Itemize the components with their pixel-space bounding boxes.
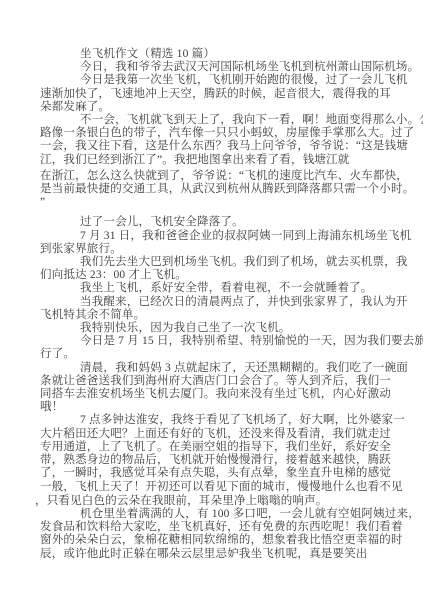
text-line: 机仓里坐着满满的人，有 100 多口吧，一会儿就有空姐阿姨过来， — [40, 508, 406, 521]
text-line: 一般，飞机上天了！开初还可以看见下面的城市，慢慢地什么也看不见 — [40, 481, 406, 494]
text-line: 带，熟悉身边的物品后，飞机就开始慢慢滑行，接着越来越快，腾跃 — [40, 454, 406, 467]
essay-title: 坐飞机作文（精选 10 篇） — [40, 48, 406, 61]
text-line: 朵都发麻了。 — [40, 101, 406, 114]
text-line: 发食品和饮料给大家吃，坐飞机真好，还有免费的东西吃呢！我们看着 — [40, 521, 406, 534]
text-line: 当我醒来，已经次日的清晨两点了，并快到张家界了，我认为开 — [40, 296, 406, 309]
text-line: 一会，我又往下看，这是什么东西？我马上问爷爷，爷爷说：“这是钱塘 — [40, 140, 406, 153]
text-line: 江，我们已经到浙江了”。我把地图拿出来看了看，钱塘江就 — [40, 154, 406, 167]
essay-text: 坐飞机作文（精选 10 篇） 今日，我和爷爷去武汉天河国际机场坐飞机到杭州萧山国… — [40, 48, 406, 561]
text-line: 条就让爸爸送我们到海州府大酒店门口会合了。等人到齐后，我们一 — [40, 375, 406, 388]
text-line: 到张家界旅行。 — [40, 243, 406, 256]
text-line: 不一会，飞机就飞到天上了，我向下一看，啊！地面变得那么小。公 — [40, 114, 406, 127]
text-line: 们向抵达 23：00 才上飞机。 — [40, 269, 406, 282]
text-line: 7 点多钟达淮安，我终于看见了飞机场了，好大啊，比外婆家一 — [40, 414, 406, 427]
text-line: 飞机特其余不简单。 — [40, 309, 406, 322]
text-line: 了，一瞬时，我感觉耳朵有点失聪，头有点晕，象坐直升电梯的感觉 — [40, 467, 406, 480]
text-line: 路像一条银白色的带子，汽车像一只只小蚂蚁，房屋像手掌那么大。过了 — [40, 127, 406, 140]
text-line: 速渐加快了，飞速地冲上天空，腾跃的时候，起音很大，震得我的耳 — [40, 88, 406, 101]
text-line: 专用通道，上了飞机了。在美丽空姐的指导下，我们坐好，系好安全 — [40, 441, 406, 454]
text-line: ” — [40, 196, 406, 209]
text-line: 7 月 31 日，我和爸爸企业的叔叔阿姨一同到上海浦东机场坐飞机 — [40, 230, 406, 243]
text-line: 过了一会儿，飞机安全降落了。 — [40, 216, 406, 229]
document-page: 坐飞机作文（精选 10 篇） 今日，我和爷爷去武汉天河国际机场坐飞机到杭州萧山国… — [0, 0, 423, 600]
text-line: 我们先去坐大巴到机场坐飞机。我们到了机场，就去买机票，我 — [40, 256, 406, 269]
text-line: 我特别快乐，因为我自己坐了一次飞机。 — [40, 322, 406, 335]
text-line: 哦！ — [40, 401, 406, 414]
essay-lines: 今日，我和爷爷去武汉天河国际机场坐飞机到杭州萧山国际机场。今日是我第一次坐飞机，… — [40, 61, 406, 561]
text-line: 今日是 7 月 15 日，我特别希望、特别愉悦的一天，因为我们要去旅 — [40, 335, 406, 348]
text-line: 清晨，我和妈妈 3 点就起床了，天还黑糊糊的。我们吃了一碗面 — [40, 362, 406, 375]
text-line: 今日是我第一次坐飞机，飞机刚开始跑的很慢，过了一会儿飞机 — [40, 74, 406, 87]
text-line: 今日，我和爷爷去武汉天河国际机场坐飞机到杭州萧山国际机场。 — [40, 61, 406, 74]
text-line: ，只看见白色的云朵在我眼前，耳朵里净上嗡嗡的响声。 — [35, 495, 406, 508]
text-line: 在浙江，怎么这么快就到了，爷爷说：“飞机的速度比汽车、火车都快， — [40, 170, 406, 183]
text-line: 我坐上飞机，系好安全带，看着电视，不一会就睡着了。 — [40, 282, 406, 295]
text-line: 是当前最快捷的交通工具，从武汉到杭州从腾跃到降落都只需一个小时。 — [40, 183, 406, 196]
text-line: 同搭车去淮安机场坐飞机去厦门。我向来没有坐过飞机，内心好激动 — [40, 388, 406, 401]
text-line: 辰，或许他此时正躲在哪朵云层里忌妒我坐飞机呢，真是要笑出 — [40, 548, 406, 561]
text-line: 窗外的朵朵白云，象棉花糖相同软绵绵的，想象着我比悟空更幸福的时 — [40, 534, 406, 547]
text-line: 大片稻田还大吧？上面还有好的飞机，还没来得及看清，我们就走过 — [40, 428, 406, 441]
text-line: 行了。 — [40, 348, 406, 361]
